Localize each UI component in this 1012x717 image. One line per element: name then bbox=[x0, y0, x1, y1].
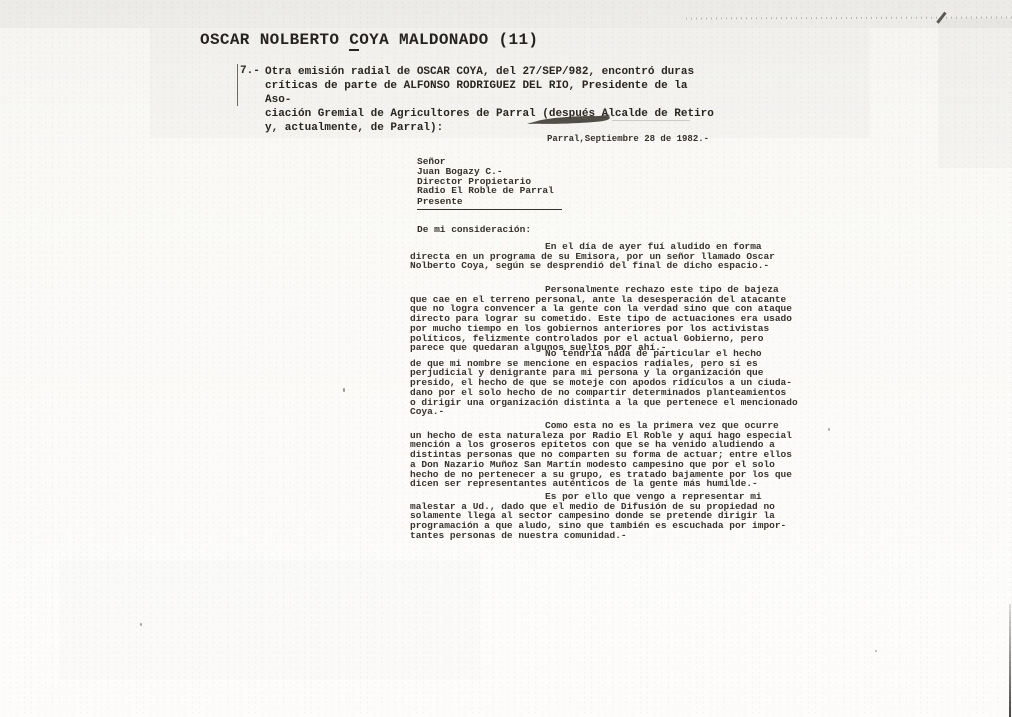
scan-speck bbox=[828, 428, 830, 431]
letter-paragraph-4: Como esta no es la primera vez que ocurr… bbox=[410, 421, 814, 489]
page-title-post: OYA MALDONADO (11) bbox=[359, 31, 538, 49]
recipient-presente: Presente bbox=[417, 196, 562, 210]
page-title-underlined-letter: C bbox=[349, 31, 359, 51]
scan-artifact-dotted-line bbox=[686, 16, 1012, 19]
margin-tick-line bbox=[237, 64, 238, 106]
item-7-block: 7.- Otra emisión radial de OSCAR COYA, d… bbox=[240, 65, 720, 135]
scan-speck bbox=[875, 650, 877, 652]
scan-shading-bottom bbox=[60, 560, 480, 680]
letter-dateline: Parral,Septiembre 28 de 1982.- bbox=[547, 134, 709, 144]
recipient-block: Señor Juan Bogazy C.- Director Propietar… bbox=[417, 157, 554, 196]
scan-shading-right bbox=[938, 18, 1012, 168]
scan-speck bbox=[140, 623, 142, 626]
recipient-presente-label: Presente bbox=[417, 196, 463, 207]
flourish-trailing-line bbox=[612, 120, 690, 121]
item-number: 7.- bbox=[240, 65, 260, 77]
letter-paragraph-5: Es por ello que vengo a representar mi m… bbox=[410, 492, 814, 541]
letter-paragraph-3: No tendría nada de particular el hecho d… bbox=[410, 349, 814, 417]
scan-speck bbox=[343, 388, 345, 392]
item-text: Otra emisión radial de OSCAR COYA, del 2… bbox=[265, 65, 720, 135]
scan-artifact-right-edge bbox=[1009, 604, 1011, 717]
page-title-pre: OSCAR NOLBERTO bbox=[200, 31, 349, 49]
letter-paragraph-2: Personalmente rechazo este tipo de bajez… bbox=[410, 285, 814, 353]
scanned-letter-page: OSCAR NOLBERTO COYA MALDONADO (11) 7.- O… bbox=[0, 0, 1012, 717]
page-title: OSCAR NOLBERTO COYA MALDONADO (11) bbox=[200, 31, 538, 49]
scan-shading-top bbox=[0, 0, 1012, 28]
letter-salutation: De mi consideración: bbox=[417, 224, 531, 235]
letter-paragraph-1: En el día de ayer fuí aludido en forma d… bbox=[410, 242, 814, 271]
handwritten-flourish-mark bbox=[526, 112, 612, 127]
